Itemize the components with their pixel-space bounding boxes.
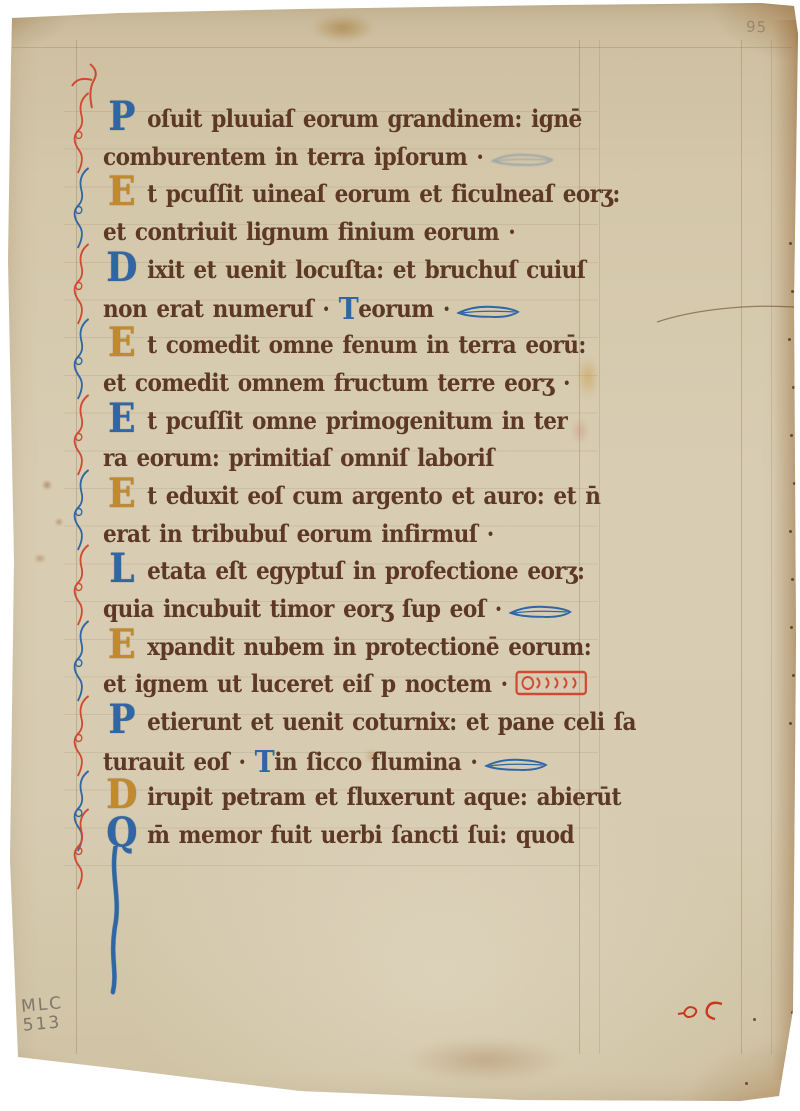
- illuminated-initial: E: [101, 172, 142, 212]
- pen-flourish-icon: [72, 393, 95, 477]
- pricking-hole: [789, 242, 792, 245]
- pricking-hole: [791, 578, 794, 581]
- illuminated-initial: E: [101, 399, 142, 439]
- text-line: Dirupit petram et fluxerunt aque: abierū…: [103, 782, 607, 820]
- text-line: Et pcuſſit uineaſ eorum et ficulneaſ eor…: [103, 179, 607, 217]
- pen-flourish-icon: [72, 543, 95, 627]
- shelfmark-line2: 513: [22, 1013, 66, 1036]
- leaf-browned-edge: [772, 20, 798, 1080]
- text-run: non erat numeruſ ·: [103, 294, 339, 323]
- stain: [60, 0, 102, 16]
- ruling-top-line: [12, 47, 792, 48]
- ruling-margin-line2: [771, 40, 772, 1054]
- text-run: et ignem ut luceret eiſ p noctem ·: [103, 669, 508, 698]
- text-line: Dixit et uenit locuſta: et bruchuſ cuiuſ: [103, 255, 607, 293]
- pricking-hole: [790, 434, 793, 437]
- text-line: et contriuit lignum finium eorum ·: [103, 217, 607, 255]
- text-run: t eduxit eoſ cum argento et auro: et n̄: [147, 481, 600, 510]
- text-run: etierunt et uenit coturnix: et pane celi…: [147, 707, 636, 736]
- text-run: in ſicco flumina ·: [274, 747, 477, 776]
- pen-flourish-icon: [72, 468, 95, 552]
- text-line: ra eorum: primitiaſ omniſ laboriſ: [103, 443, 607, 481]
- line-filler-icon: [457, 296, 520, 325]
- illuminated-initial: E: [101, 625, 142, 665]
- text-line: Letata eſt egyptuſ in profectione eorʒ:: [103, 556, 607, 594]
- text-line: Qm̄ memor fuit uerbi ſancti ſui: quod: [103, 820, 607, 858]
- ruling-margin-line: [741, 40, 742, 1054]
- stain: [34, 554, 46, 563]
- folio-number-pencil: 95: [746, 18, 768, 37]
- pricking-hole: [789, 530, 792, 533]
- line-filler-icon: [509, 596, 572, 625]
- illuminated-initial: L: [101, 549, 142, 589]
- text-line: quia incubuit timor eorʒ ſup eoſ ·: [103, 594, 607, 632]
- illuminated-initial: E: [101, 323, 142, 363]
- pricking-hole: [791, 1011, 794, 1014]
- text-run: etata eſt egyptuſ in profectione eorʒ:: [147, 556, 584, 585]
- text-line: Expandit nubem in protectionē eorum:: [103, 632, 607, 670]
- text-run: comburentem in terra ipſorum ·: [103, 142, 483, 171]
- text-line: turauit eoſ · Tin ſicco flumina ·: [103, 745, 607, 783]
- pen-flourish-icon: [72, 619, 95, 703]
- text-run: oſuit pluuiaſ eorum grandinem: ignē: [147, 104, 582, 133]
- line-filler-icon: [515, 670, 587, 702]
- text-run: m̄ memor fuit uerbi ſancti ſui: quod: [147, 820, 574, 849]
- text-run: erat in tribubuſ eorum infirmuſ ·: [103, 519, 494, 548]
- text-line: Poſuit pluuiaſ eorum grandinem: ignē: [103, 104, 607, 142]
- psalm-text-block: Poſuit pluuiaſ eorum grandinem: ignēcomb…: [103, 104, 663, 858]
- pricking-hole: [790, 626, 793, 629]
- text-run: t comedit omne fenum in terra eorū:: [147, 330, 586, 359]
- text-line: non erat numeruſ · Teorum ·: [103, 292, 607, 330]
- text-line: Et eduxit eoſ cum argento et auro: et n̄: [103, 481, 607, 519]
- pricking-hole: [791, 290, 794, 293]
- pricking-hole: [753, 1018, 756, 1021]
- text-run: et comedit omnem fructum terre eorʒ ·: [103, 368, 570, 397]
- text-line: et ignem ut luceret eiſ p noctem ·: [103, 669, 607, 707]
- pen-flourish-icon: [72, 807, 95, 891]
- text-run: t pcuſſit uineaſ eorum et ficulneaſ eorʒ…: [147, 179, 620, 208]
- text-line: erat in tribubuſ eorum infirmuſ ·: [103, 519, 607, 557]
- pen-flourish-icon: [72, 694, 95, 778]
- illuminated-initial: E: [101, 474, 142, 514]
- text-run: ixit et uenit locuſta: et bruchuſ cuiuſ: [147, 255, 585, 284]
- text-line: Et pcuſſit omne primogenitum in ter: [103, 406, 607, 444]
- text-run: et contriuit lignum finium eorum ·: [103, 217, 515, 246]
- scratch-line: [653, 298, 798, 330]
- initial-q-tail-icon: [107, 846, 125, 996]
- text-run: eorum ·: [358, 294, 450, 323]
- illuminated-initial: P: [101, 700, 142, 740]
- parchment-leaf: Poſuit pluuiaſ eorum grandinem: ignēcomb…: [0, 0, 800, 1111]
- stain: [312, 14, 374, 42]
- inline-capital: T: [255, 745, 275, 780]
- pricking-hole: [745, 1082, 748, 1085]
- line-filler-icon: [485, 749, 548, 778]
- line-filler-icon: [491, 144, 554, 173]
- pen-flourish-icon: [72, 242, 95, 326]
- text-line: comburentem in terra ipſorum ·: [103, 142, 607, 180]
- illuminated-initial: P: [101, 97, 142, 137]
- pricking-hole: [789, 722, 792, 725]
- shelfmark-pencil: MLC 513: [20, 994, 65, 1036]
- stain: [55, 518, 63, 526]
- text-run: t pcuſſit omne primogenitum in ter: [147, 406, 567, 435]
- pricking-hole: [793, 482, 796, 485]
- pricking-hole: [788, 338, 791, 341]
- pricking-hole: [790, 1072, 793, 1075]
- stain: [406, 1038, 566, 1082]
- pen-flourish-icon: [72, 317, 95, 401]
- text-run: xpandit nubem in protectionē eorum:: [147, 632, 591, 661]
- text-line: Et comedit omne fenum in terra eorū:: [103, 330, 607, 368]
- stain: [42, 480, 52, 490]
- pen-flourish-icon: [72, 166, 95, 250]
- text-line: et comedit omnem fructum terre eorʒ ·: [103, 368, 607, 406]
- red-corner-mark-icon: [676, 999, 728, 1023]
- manuscript-photo: Poſuit pluuiaſ eorum grandinem: ignēcomb…: [0, 0, 800, 1111]
- illuminated-initial: D: [101, 248, 142, 288]
- inline-capital: T: [339, 292, 359, 327]
- pricking-hole: [792, 386, 795, 389]
- pen-flourish-icon: [72, 91, 95, 175]
- text-line: Petierunt et uenit coturnix: et pane cel…: [103, 707, 607, 745]
- pricking-hole: [792, 674, 795, 677]
- text-run: irupit petram et fluxerunt aque: abierūt: [147, 782, 621, 811]
- text-run: quia incubuit timor eorʒ ſup eoſ ·: [103, 594, 502, 623]
- text-run: ra eorum: primitiaſ omniſ laboriſ: [103, 443, 494, 472]
